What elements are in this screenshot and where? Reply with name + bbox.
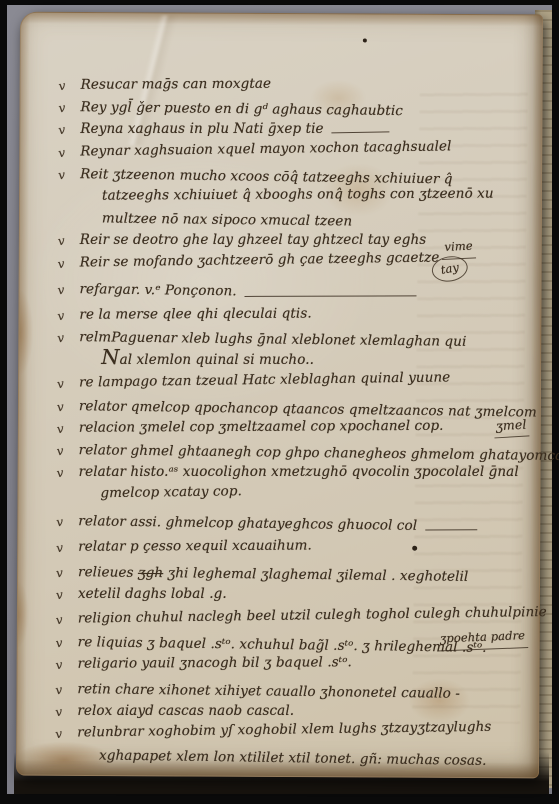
item-marker-v: v: [55, 460, 80, 485]
manuscript-line: vrelatar p çesso xequil xcauaihum.: [56, 533, 530, 558]
line-text: Reynar xaghsuaion xquel mayon xochon tac…: [80, 135, 452, 162]
line-text: tatzeeghs xchiuiuet q̂ xbooghs onq̂ togh…: [102, 182, 494, 206]
line-text: relunbrar xoghobim yſ xoghobil xlem lugh…: [77, 716, 491, 744]
item-marker-v: v: [55, 534, 80, 559]
handwritten-text-block: vResucar maḡs can moxgtaevRey ygl̄ ǧer p…: [55, 74, 533, 769]
item-marker-v: v: [55, 371, 80, 396]
struck-word: ʒgh: [138, 565, 163, 581]
item-marker-v: v: [57, 161, 82, 186]
manuscript-photo: vResucar maḡs can moxgtaevRey ygl̄ ǧer p…: [0, 0, 559, 804]
trailing-rule-stroke: [332, 129, 390, 133]
item-marker-v: v: [55, 508, 80, 533]
item-marker-v: v: [55, 415, 80, 440]
item-marker-v: v: [55, 582, 80, 607]
manuscript-line: Nal xlemlon quinal si mucho..: [57, 346, 531, 368]
line-text: relator assi. ghmelcop ghatayeghcos ghuo…: [78, 510, 417, 537]
item-marker-v: v: [56, 302, 81, 327]
line-text: gmelcop xcatay cop.: [100, 481, 242, 505]
line-text: xghapapet xlem lon xtililet xtil tonet. …: [99, 745, 487, 773]
line-text: refargar. v.ᵉ Ponçonon.: [79, 278, 236, 302]
manuscript-line: vre la merse qlee qhi qleculai qtis.: [57, 301, 531, 326]
manuscript-paper: vResucar maḡs can moxgtaevRey ygl̄ ǧer p…: [16, 12, 543, 779]
manuscript-line: tatzeeghs xchiuiuet q̂ xbooghs onq̂ togh…: [58, 182, 532, 207]
item-marker-v: v: [56, 228, 81, 253]
manuscript-line: xghapapet xlem lon xtililet xtil tonet. …: [55, 744, 529, 773]
line-text: re la merse qlee qhi qleculai qtis.: [79, 302, 311, 325]
line-text: religario yauil ʒnacogh bil ʒ baquel .sᵗ…: [78, 651, 352, 675]
manuscript-line: vrelacion ʒmelel cop ʒmeltzaamel cop xpo…: [57, 414, 531, 439]
line-text: relacion ʒmelel cop ʒmeltzaamel cop xpoc…: [79, 415, 444, 439]
item-marker-v: v: [56, 276, 81, 301]
line-text: xetelil daghs lobal .g.: [78, 583, 227, 605]
interlinear-note: ʒpoehta padre: [436, 624, 528, 652]
line-text: Nal xlemlon quinal si mucho..: [101, 346, 314, 371]
item-marker-v: v: [57, 139, 82, 164]
manuscript-line: vre lampago tzan tzeual Hatc xleblaghan …: [57, 366, 531, 395]
marginal-note: ʒmel: [493, 413, 529, 438]
item-marker-v: v: [54, 720, 79, 745]
manuscript-line: vResucar maḡs can moxgtae: [59, 71, 533, 96]
item-marker-v: v: [54, 651, 79, 676]
line-text: re lampago tzan tzeual Hatc xleblaghan q…: [79, 367, 451, 394]
line-text: relatar p çesso xequil xcauaihum.: [78, 534, 312, 557]
ink-speck: [363, 38, 367, 42]
trailing-rule-stroke: [245, 293, 417, 297]
line-text: Resucar maḡs can moxgtae: [81, 73, 272, 96]
manuscript-line: gmelcop xcatay cop.: [56, 477, 530, 506]
item-marker-v: v: [54, 606, 79, 631]
text-fragment: relieues: [78, 564, 138, 581]
manuscript-line: vreligario yauil ʒnacogh bil ʒ baquel .s…: [56, 650, 530, 675]
trailing-rule-stroke: [425, 526, 477, 529]
item-marker-v: v: [56, 250, 81, 275]
line-text: Reir se mofando ʒachtzeerō gh çae tzeegh…: [80, 246, 440, 273]
